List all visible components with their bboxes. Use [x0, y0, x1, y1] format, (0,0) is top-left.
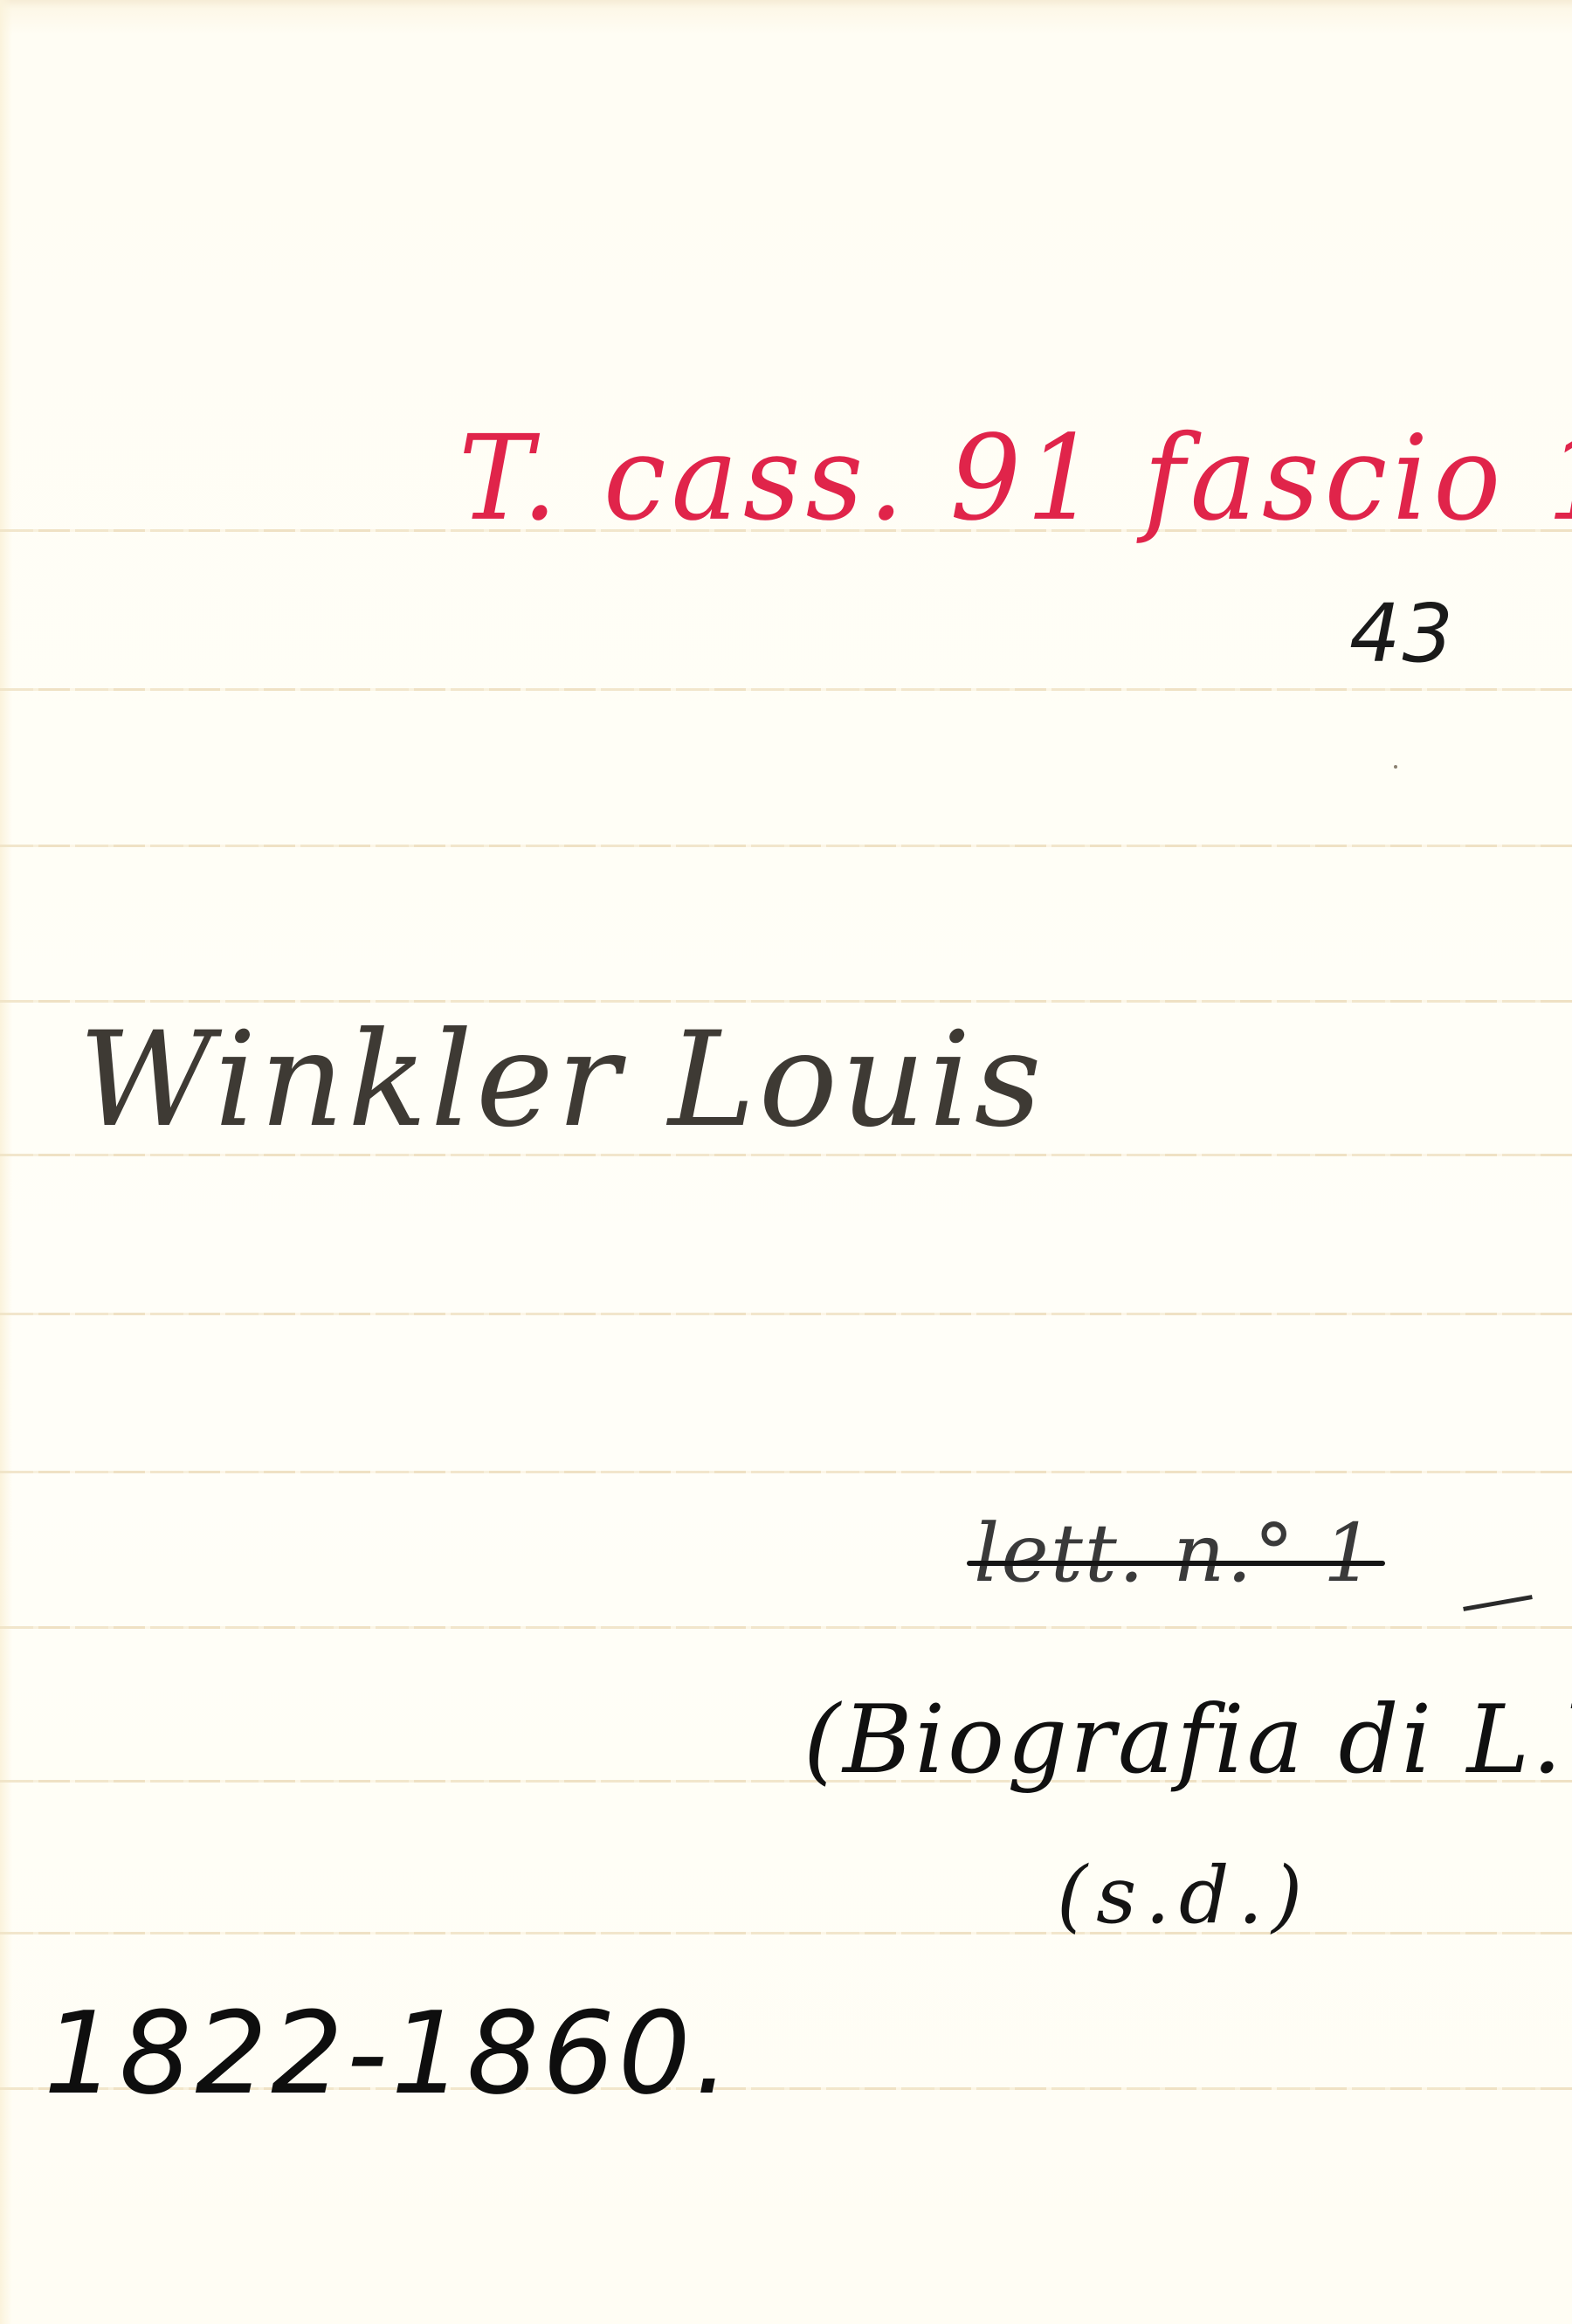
paper-speck: [1394, 765, 1397, 769]
archive-locator: T. cass. 91 fascio 145: [458, 410, 1572, 547]
letter-count-underline: [1463, 1595, 1533, 1611]
card-edge-shadow: [0, 0, 12, 2324]
index-card: T. cass. 91 fascio 145 43 Winkler Louis …: [0, 0, 1572, 2324]
ruled-line: [0, 1626, 1572, 1629]
person-name: Winkler Louis: [79, 1004, 1045, 1156]
ruled-line: [0, 1000, 1572, 1003]
ruled-line: [0, 1471, 1572, 1473]
ruled-line: [0, 1932, 1572, 1934]
ruled-line: [0, 1313, 1572, 1315]
letter-count: lett. n.° 1: [974, 1507, 1376, 1600]
document-subject: (Biografia di L.W.): [803, 1686, 1572, 1795]
card-number: 43: [1349, 587, 1455, 680]
document-date: (s.d.): [1057, 1850, 1311, 1941]
letter-count-struck-text: lett. n.° 1: [974, 1507, 1376, 1600]
life-span: 1822-1860.: [44, 1987, 734, 2120]
ruled-line: [0, 845, 1572, 847]
ruled-line: [0, 688, 1572, 691]
